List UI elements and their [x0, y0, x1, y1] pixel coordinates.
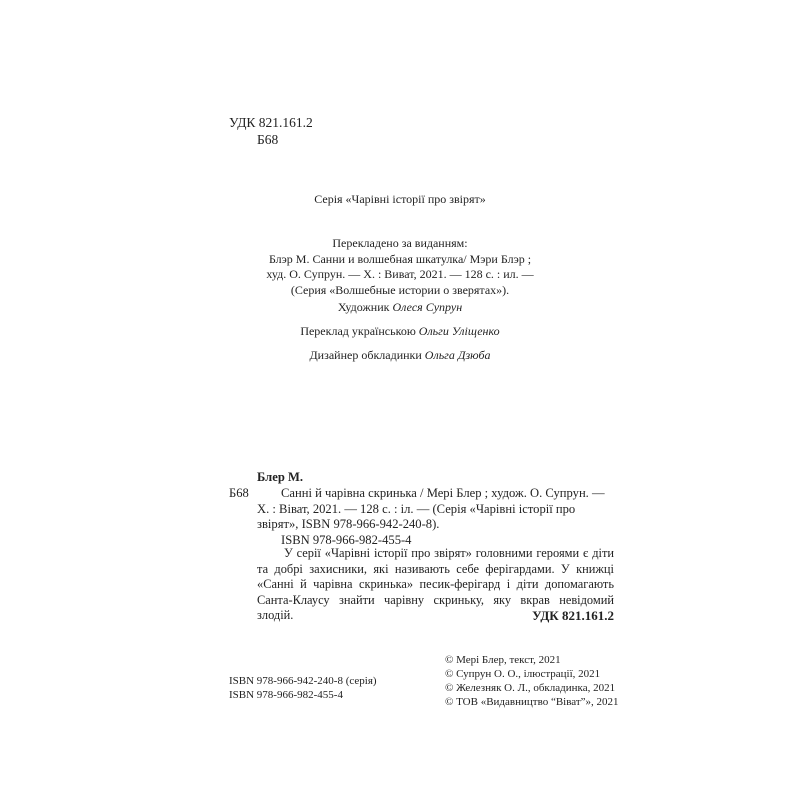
series-title: Серія «Чарівні історії про звірят» [0, 192, 800, 207]
copyright-list: © Мері Блер, текст, 2021 © Супрун О. О.,… [445, 653, 619, 709]
catalog-code: Б68 [229, 486, 249, 502]
credit-name: Ольги Уліщенко [419, 324, 500, 338]
credit-role: Художник [338, 300, 393, 314]
credit-translator: Переклад українською Ольги Уліщенко [0, 324, 800, 348]
copyright-line: © Мері Блер, текст, 2021 [445, 653, 619, 667]
isbn-series: ISBN 978-966-942-240-8 (серія) [229, 674, 377, 688]
original-edition-note: Перекладено за виданням: Блэр М. Санни и… [0, 236, 800, 298]
credit-name: Ольга Дзюба [425, 348, 491, 362]
credit-name: Олеся Супрун [392, 300, 462, 314]
original-edition-line: (Серия «Волшебные истории о зверятах»). [0, 283, 800, 299]
credits: Художник Олеся Супрун Переклад українськ… [0, 300, 800, 372]
original-edition-line: худ. О. Супрун. — Х. : Виват, 2021. — 12… [0, 267, 800, 283]
udk-code: УДК 821.161.2 [229, 115, 313, 130]
copyright-line: © Супрун О. О., ілюстрації, 2021 [445, 667, 619, 681]
catalog-description: Б68 Санні й чарівна скринька / Мері Блер… [229, 486, 614, 533]
author-mark: Б68 [229, 131, 313, 148]
udk-classification-top: УДК 821.161.2 Б68 [229, 114, 313, 148]
copyright-line: © ТОВ «Видавництво “Віват”», 2021 [445, 695, 619, 709]
udk-classification-bottom: УДК 821.161.2 [420, 608, 614, 624]
credit-role: Переклад українською [300, 324, 418, 338]
isbn-book: ISBN 978-966-982-455-4 [229, 688, 377, 702]
isbn-list: ISBN 978-966-942-240-8 (серія) ISBN 978-… [229, 674, 377, 702]
original-edition-line: Перекладено за виданням: [0, 236, 800, 252]
catalog-record: Блер М. Б68 Санні й чарівна скринька / М… [229, 470, 614, 549]
credit-cover-designer: Дизайнер обкладинки Ольга Дзюба [0, 348, 800, 372]
catalog-text: Санні й чарівна скринька / Мері Блер ; х… [257, 486, 614, 533]
credit-role: Дизайнер обкладинки [310, 348, 425, 362]
copyright-line: © Железняк О. Л., обкладинка, 2021 [445, 681, 619, 695]
credit-illustrator: Художник Олеся Супрун [0, 300, 800, 324]
catalog-author: Блер М. [229, 470, 614, 486]
original-edition-line: Блэр М. Санни и волшебная шкатулка/ Мэри… [0, 252, 800, 268]
